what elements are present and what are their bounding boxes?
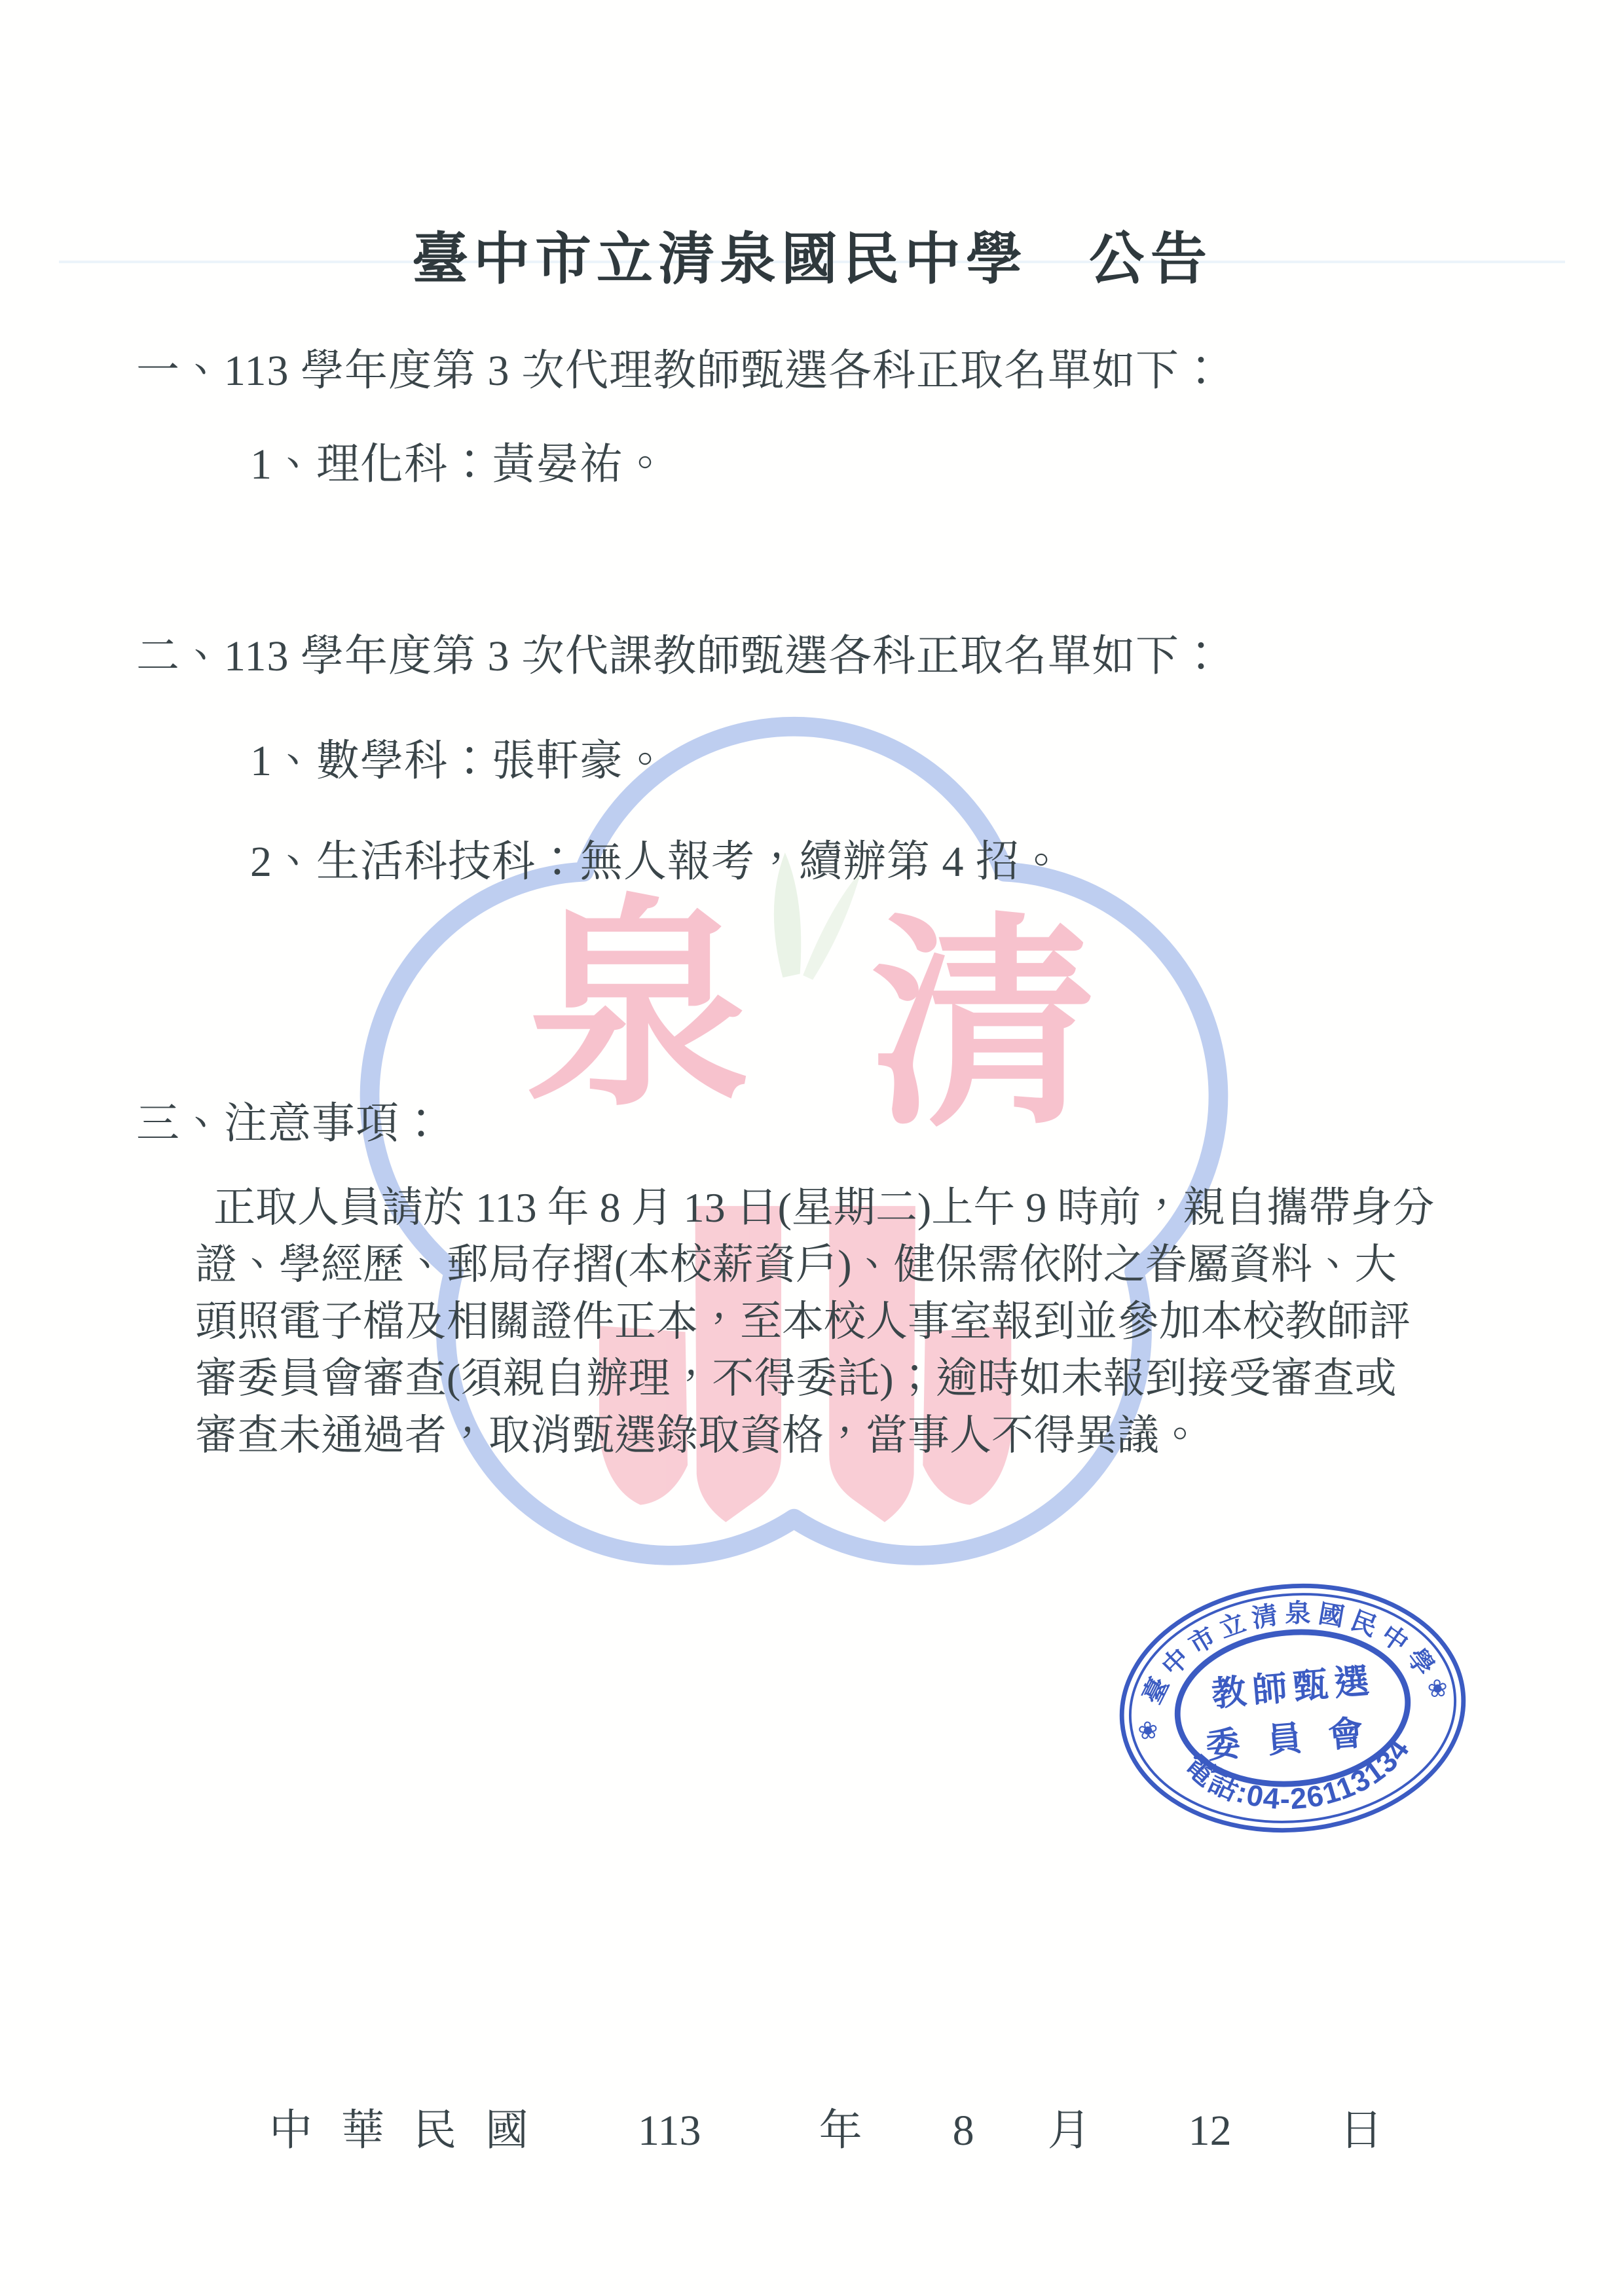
notice-paragraph-line: 證、學經歷、郵局存摺(本校薪資戶)、健保需依附之眷屬資料、大 bbox=[195, 1231, 1397, 1291]
notice-paragraph-line: 審委員會審查(須親自辦理，不得委託)；逾時如未報到接受審查或 bbox=[195, 1345, 1397, 1405]
section-1-heading: 一、113 學年度第 3 次代理教師甄選各科正取名單如下： bbox=[136, 335, 1223, 397]
date-token: 中 bbox=[269, 2095, 312, 2157]
watermark-school-logo: 泉 清 bbox=[344, 682, 1244, 1641]
date-token: 12 bbox=[1189, 2106, 1232, 2156]
date-token: 年 bbox=[819, 2095, 862, 2157]
date-token: 月 bbox=[1048, 2095, 1091, 2157]
watermark-char-qing: 清 bbox=[870, 899, 1094, 1150]
notice-paragraph-line: 頭照電子檔及相關證件正本，至本校人事室報到並參加本校教師評 bbox=[195, 1288, 1411, 1348]
date-line: 中 華 民 國 113 年 8 月 12 日 bbox=[269, 2095, 1383, 2157]
notice-paragraph-line: 正取人員請於 113 年 8 月 13 日(星期二)上午 9 時前，親自攜帶身分 bbox=[195, 1174, 1434, 1234]
stamp-center-line-2: 委員會 bbox=[1204, 1711, 1392, 1766]
date-token: 8 bbox=[953, 2106, 974, 2156]
plum-blossom-icon: ❀ bbox=[1426, 1673, 1449, 1703]
date-token: 民 bbox=[413, 2095, 456, 2157]
section-3-heading: 三、注意事項： bbox=[136, 1088, 443, 1150]
section-1-item-1: 1、理化科：黃晏祐。 bbox=[250, 429, 667, 491]
section-2-heading: 二、113 學年度第 3 次代課教師甄選各科正取名單如下： bbox=[136, 621, 1223, 683]
watermark-char-quan: 泉 bbox=[526, 881, 750, 1132]
date-token: 華 bbox=[341, 2095, 384, 2157]
date-token: 日 bbox=[1340, 2095, 1383, 2157]
committee-seal-stamp: 臺中市立清泉國民中學 ❀ ❀ 教師甄選 委員會 電話:04-26113134 bbox=[1103, 1565, 1483, 1851]
section-2-item-1: 1、數學科：張軒豪。 bbox=[250, 725, 667, 788]
notice-paragraph-line: 審查未通過者，取消甄選錄取資格，當事人不得異議。 bbox=[195, 1402, 1201, 1462]
section-2-item-2: 2、生活科技科：無人報考，續辦第 4 招。 bbox=[250, 826, 1063, 888]
announcement-page: 泉 清 臺中市立清泉國民中學 公告 一、113 學年度第 3 次代理教師甄選各科… bbox=[0, 0, 1624, 2296]
stamp-center-line-1: 教師甄選 bbox=[1210, 1661, 1377, 1714]
plum-blossom-icon: ❀ bbox=[1137, 1716, 1160, 1745]
page-title: 臺中市立清泉國民中學 公告 bbox=[0, 213, 1624, 295]
date-token: 國 bbox=[485, 2095, 528, 2157]
date-token: 113 bbox=[638, 2106, 701, 2156]
